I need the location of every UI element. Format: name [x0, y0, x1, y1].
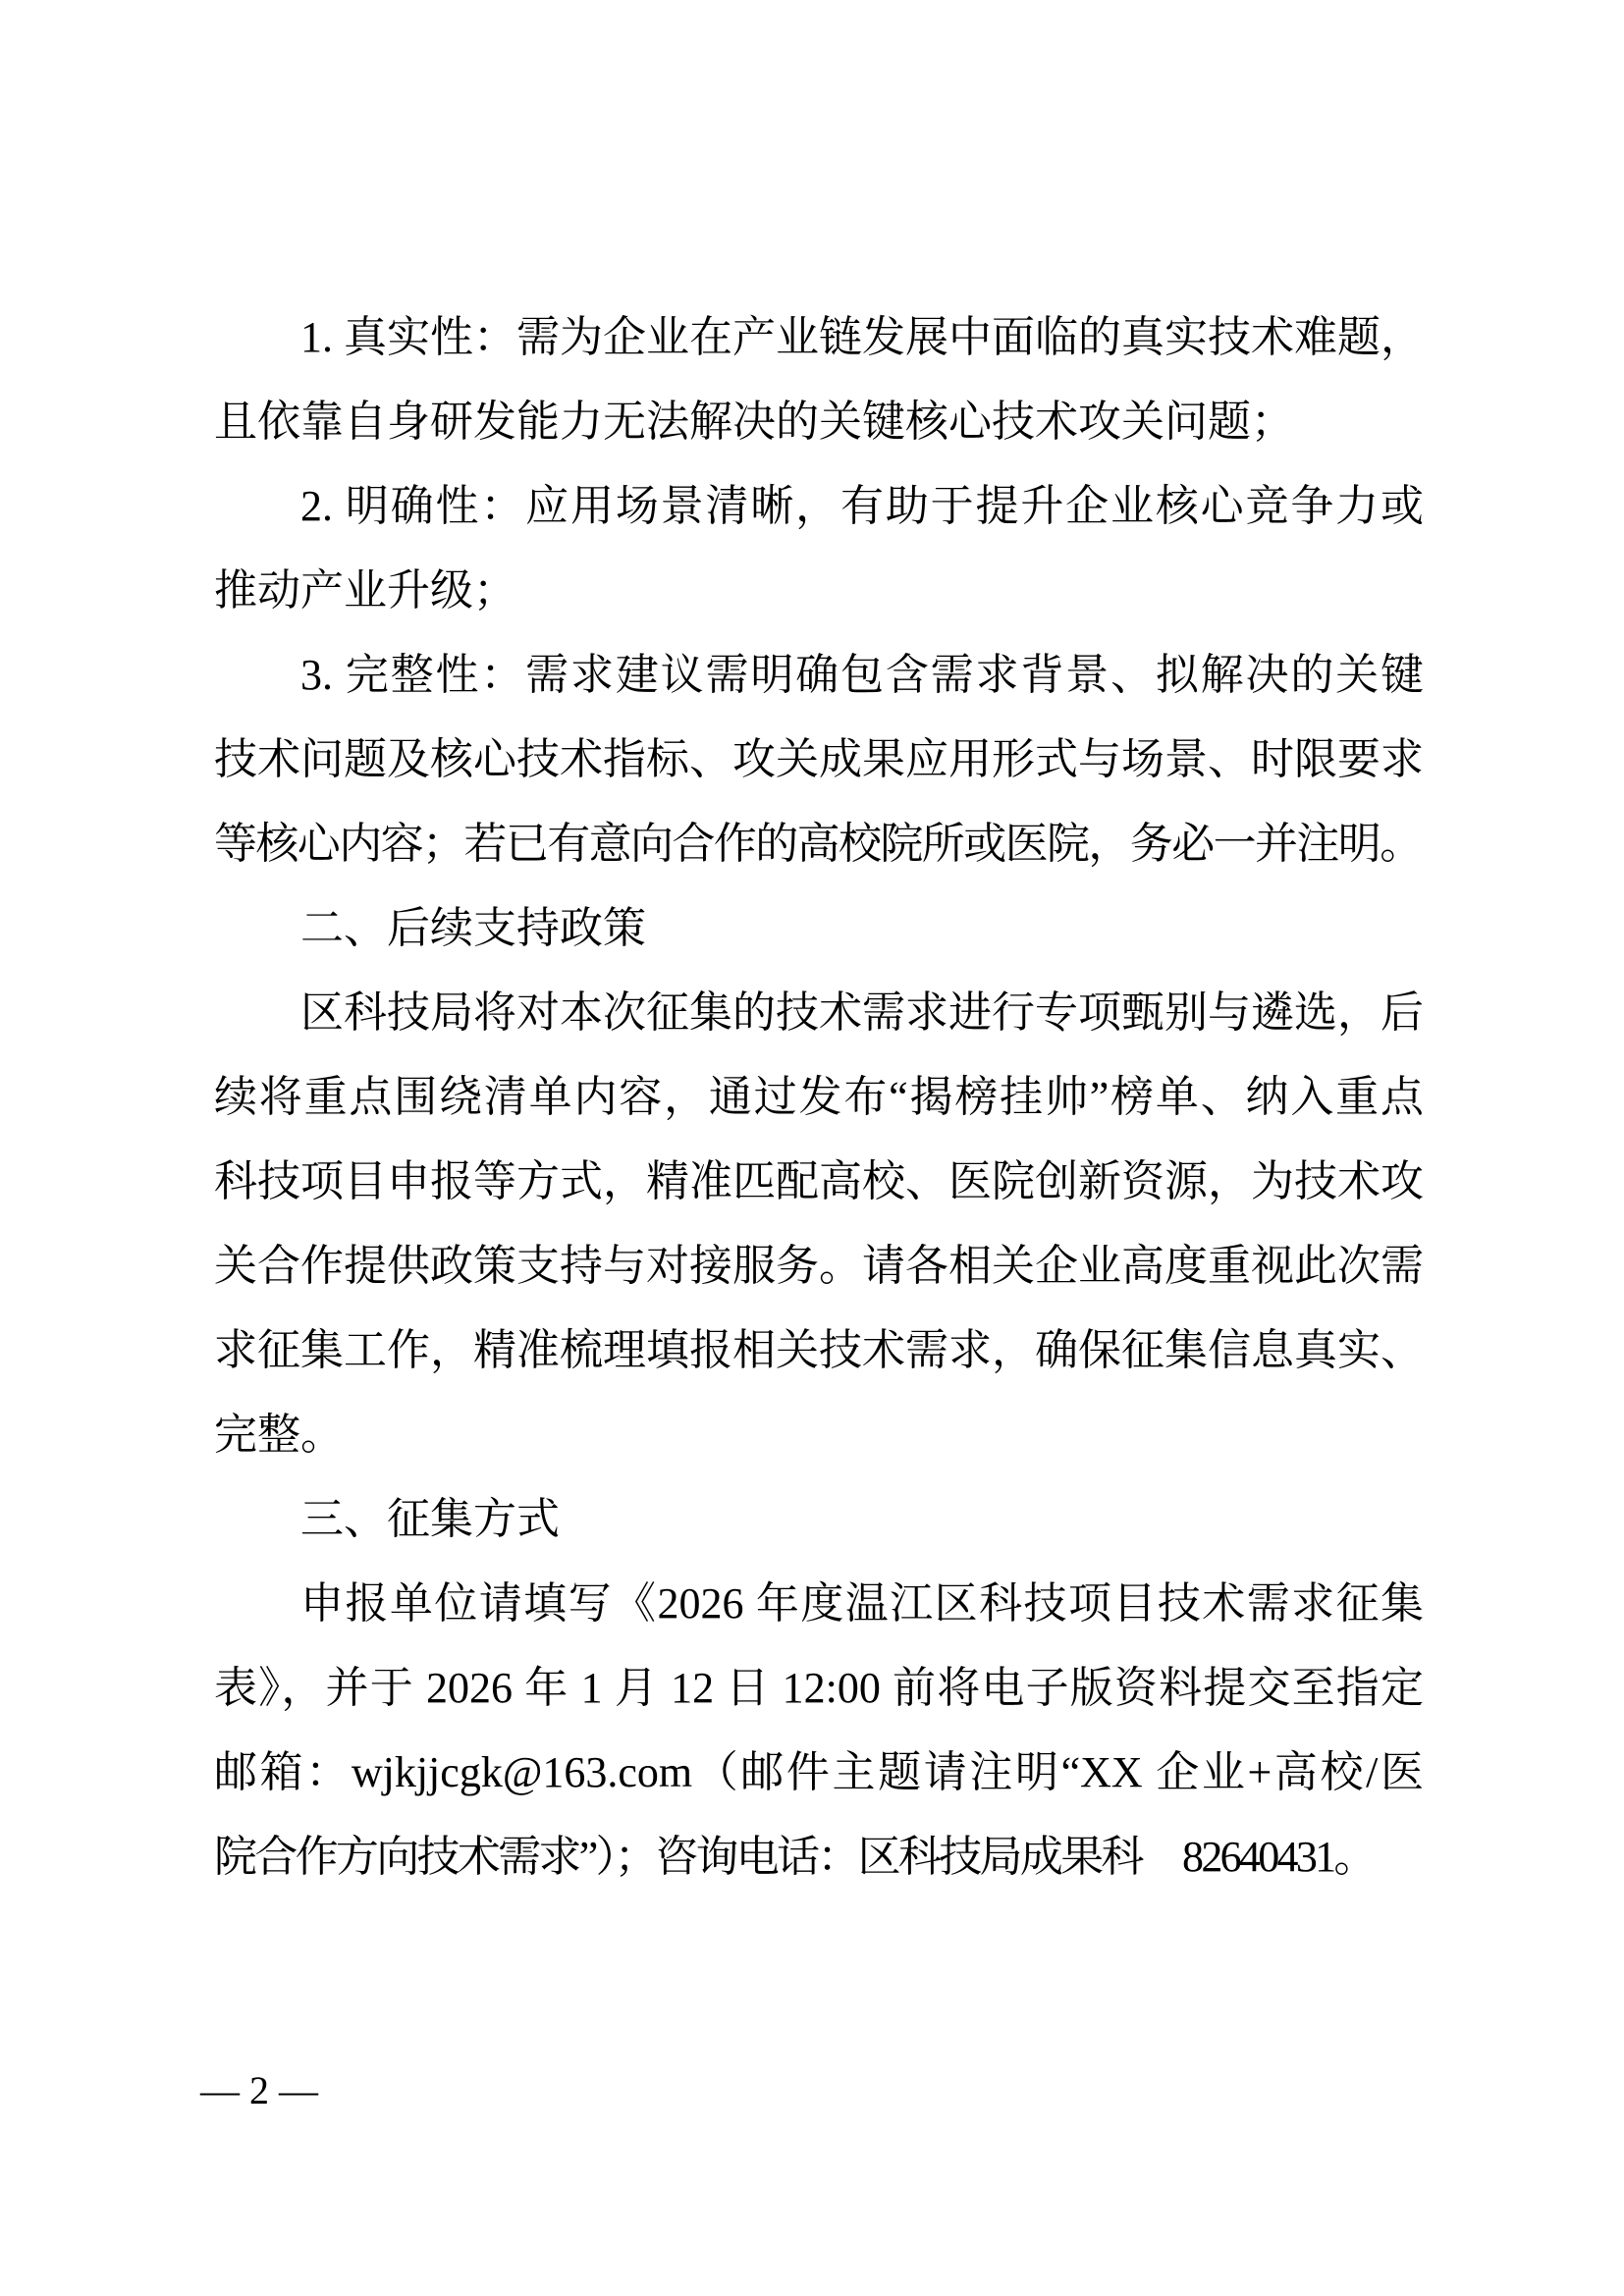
document-body: 1. 真实性：需为企业在产业链发展中面临的真实技术难题， 且依靠自身研发能力无法…	[214, 295, 1424, 1899]
paragraph-line: 科技项目申报等方式，精准匹配高校、医院创新资源，为技术攻	[214, 1140, 1424, 1224]
document-page: 1. 真实性：需为企业在产业链发展中面临的真实技术难题， 且依靠自身研发能力无法…	[0, 0, 1624, 2296]
paragraph-line: 推动产业升级；	[214, 549, 1424, 633]
paragraph-line: 且依靠自身研发能力无法解决的关键核心技术攻关问题；	[214, 380, 1424, 464]
paragraph-line: 求征集工作，精准梳理填报相关技术需求，确保征集信息真实、	[214, 1308, 1424, 1393]
paragraph-line: 等核心内容；若已有意向合作的高校院所或医院，务必一并注明。	[214, 802, 1424, 886]
paragraph-line: 2. 明确性：应用场景清晰，有助于提升企业核心竞争力或	[214, 464, 1424, 549]
paragraph-line: 续将重点围绕清单内容，通过发布“揭榜挂帅”榜单、纳入重点	[214, 1055, 1424, 1140]
section-heading: 二、后续支持政策	[214, 886, 1424, 971]
paragraph-line: 关合作提供政策支持与对接服务。请各相关企业高度重视此次需	[214, 1224, 1424, 1308]
paragraph-line: 表》，并于 2026 年 1 月 12 日 12:00 前将电子版资料提交至指定	[214, 1646, 1424, 1731]
paragraph-line: 申报单位请填写《2026 年度温江区科技项目技术需求征集	[214, 1562, 1424, 1646]
paragraph-line: 技术问题及核心技术指标、攻关成果应用形式与场景、时限要求	[214, 718, 1424, 802]
paragraph-line: 区科技局将对本次征集的技术需求进行专项甄别与遴选，后	[214, 971, 1424, 1055]
paragraph-line: 完整。	[214, 1393, 1424, 1477]
paragraph-line: 邮箱：wjkjjcgk@163.com（邮件主题请注明“XX 企业+高校/医	[214, 1731, 1424, 1815]
paragraph-line: 3. 完整性：需求建议需明确包含需求背景、拟解决的关键	[214, 633, 1424, 718]
paragraph-line: 院合作方向技术需求”）；咨询电话：区科技局成果科 82640431。	[214, 1815, 1424, 1899]
section-heading: 三、征集方式	[214, 1477, 1424, 1562]
page-number: — 2 —	[200, 2065, 318, 2116]
paragraph-line: 1. 真实性：需为企业在产业链发展中面临的真实技术难题，	[214, 295, 1424, 380]
